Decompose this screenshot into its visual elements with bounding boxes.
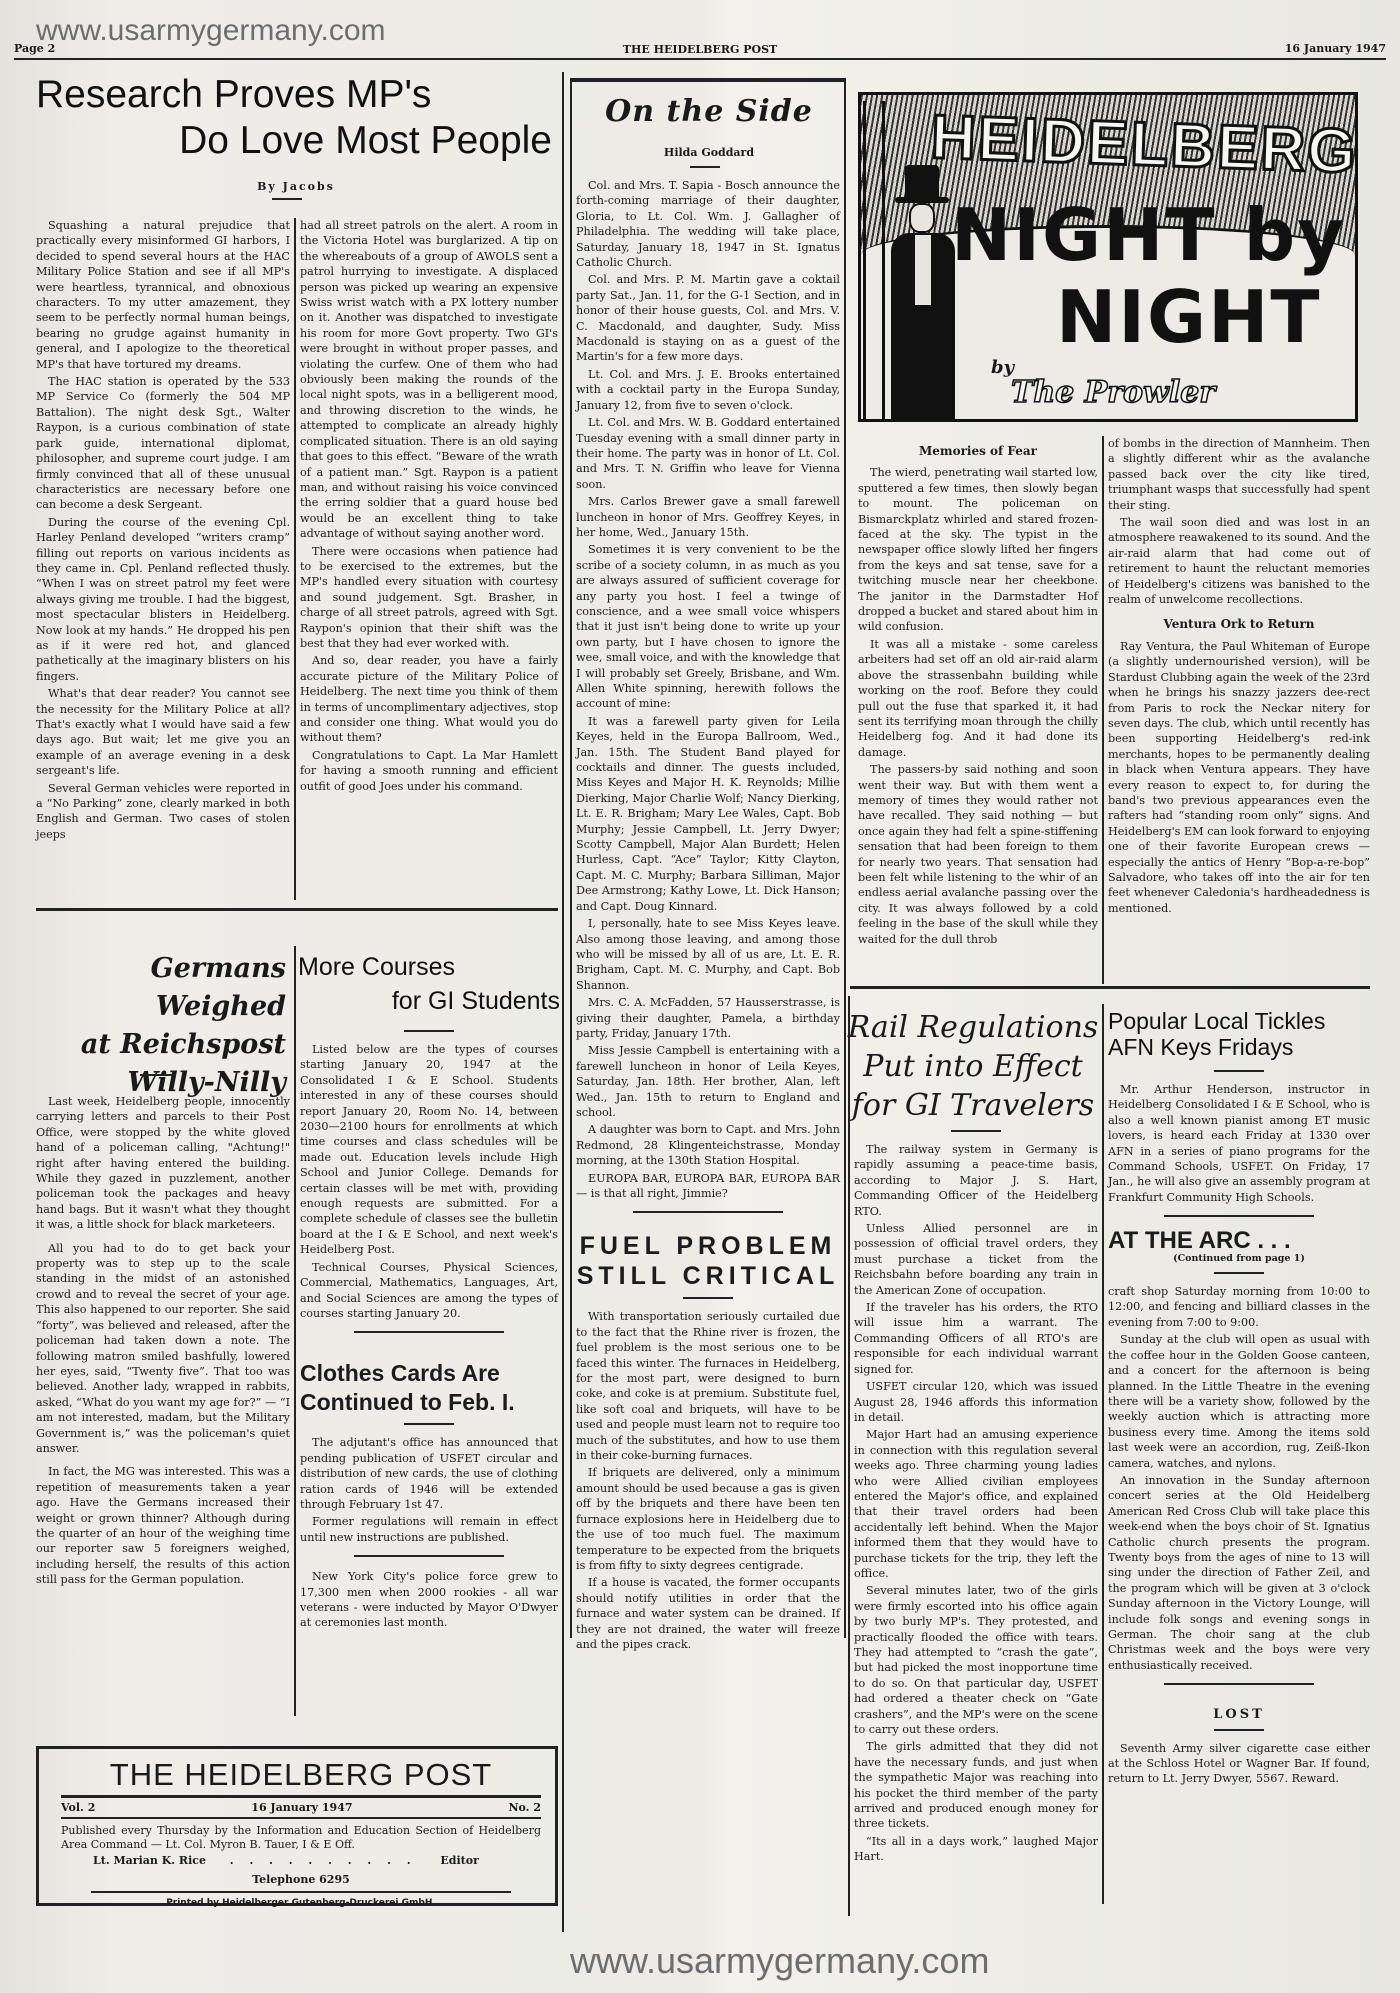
column-rule [294, 946, 296, 1716]
masthead-telephone: Telephone 6295 [91, 1873, 511, 1893]
divider [1214, 1272, 1264, 1274]
night-by-night-col-2: of bombs in the direction of Mannheim. T… [1108, 436, 1370, 918]
germans-weighed-headline: Germans Weighed at Reichspost Willy-Nill… [36, 950, 286, 1102]
top-hat-man-icon [887, 165, 959, 422]
night-by-night-illustration: HEIDELBERG NIGHT by NIGHT by The Prowler [858, 92, 1358, 422]
research-byline: By Jacobs [36, 180, 556, 193]
divider [683, 1297, 733, 1299]
divider [1214, 1729, 1264, 1731]
masthead-number: No. 2 [508, 1801, 541, 1814]
on-the-side-title: On the Side [572, 94, 846, 129]
column-rule [848, 996, 850, 1916]
divider [140, 1074, 176, 1076]
illustration-night-text: NIGHT by [951, 193, 1346, 277]
on-the-side-body: Col. and Mrs. T. Sapia - Bosch announce … [576, 178, 840, 1654]
divider [354, 1555, 504, 1557]
ventura-subhead: Ventura Ork to Return [1108, 617, 1370, 632]
germans-weighed-body: Last week, Heidelberg people, innocently… [36, 1094, 290, 1590]
research-col-2: had all street patrols on the alert. A r… [300, 218, 558, 796]
masthead-volume: Vol. 2 [61, 1801, 95, 1814]
illustration-night-text: NIGHT [1056, 275, 1322, 359]
newspaper-page: www.usarmygermany.com Page 2 THE HEIDELB… [0, 0, 1400, 1993]
issue-date: 16 January 1947 [1285, 42, 1386, 55]
divider [1164, 1683, 1314, 1685]
clothes-cards-headline: Clothes Cards Are Continued to Feb. I. [300, 1359, 558, 1417]
column-rule [1102, 1004, 1104, 1904]
divider [354, 1331, 504, 1333]
divider [951, 1130, 1001, 1132]
popular-local-headline: Popular Local Tickles AFN Keys Fridays [1108, 1008, 1370, 1060]
divider [404, 1423, 454, 1425]
on-the-side-author: Hilda Goddard [572, 146, 846, 159]
section-rule [850, 986, 1370, 989]
more-courses-body: Listed below are the types of courses st… [300, 1030, 558, 1633]
watermark-bottom: www.usarmygermany.com [570, 1940, 989, 1982]
divider [633, 1211, 783, 1213]
night-by-night-col-1: Memories of Fear The wierd, penetrating … [858, 442, 1098, 949]
right-column-body: Mr. Arthur Henderson, instructor in Heid… [1108, 1070, 1370, 1789]
at-the-arc-headline: AT THE ARC . . . [1108, 1233, 1370, 1248]
divider [690, 166, 720, 168]
divider [272, 198, 302, 200]
rail-regulations-body: The railway system in Germany is rapidly… [854, 1130, 1098, 1867]
more-courses-headline: More Courses for GI Students [298, 950, 560, 1018]
masthead-printer: Printed by Heidelberger Gutenberg-Drucke… [61, 1898, 541, 1908]
running-head: Page 2 THE HEIDELBERG POST 16 January 19… [14, 38, 1386, 60]
masthead-meta: Vol. 2 16 January 1947 No. 2 [61, 1798, 541, 1819]
divider [1214, 1070, 1264, 1072]
section-rule [36, 908, 558, 911]
illustration-author-text: The Prowler [1011, 375, 1215, 410]
masthead-editor: Lt. Marian K. Rice . . . . . . . . . . E… [61, 1854, 541, 1867]
masthead-date: 16 January 1947 [251, 1801, 352, 1814]
memories-subhead: Memories of Fear [858, 444, 1098, 459]
column-rule [1102, 436, 1104, 984]
lost-headline: LOST [1108, 1707, 1370, 1722]
fuel-problem-headline: FUEL PROBLEM STILL CRITICAL [576, 1231, 840, 1291]
column-rule [562, 72, 564, 1932]
masthead-box: THE HEIDELBERG POST Vol. 2 16 January 19… [36, 1746, 558, 1906]
masthead-publisher: Published every Thursday by the Informat… [61, 1824, 541, 1852]
paper-name: THE HEIDELBERG POST [14, 43, 1386, 56]
research-col-1: Squashing a natural prejudice that pract… [36, 218, 290, 844]
lamppost-icon [863, 101, 885, 421]
divider [404, 1030, 454, 1032]
masthead-title: THE HEIDELBERG POST [61, 1757, 541, 1798]
research-headline: Research Proves MP's Do Love Most People [36, 72, 556, 164]
illustration-heidelberg-text: HEIDELBERG [930, 102, 1352, 188]
divider [1164, 1215, 1314, 1217]
column-rule [294, 218, 296, 900]
rail-regulations-headline: Rail Regulations Put into Effect for GI … [846, 1008, 1100, 1125]
